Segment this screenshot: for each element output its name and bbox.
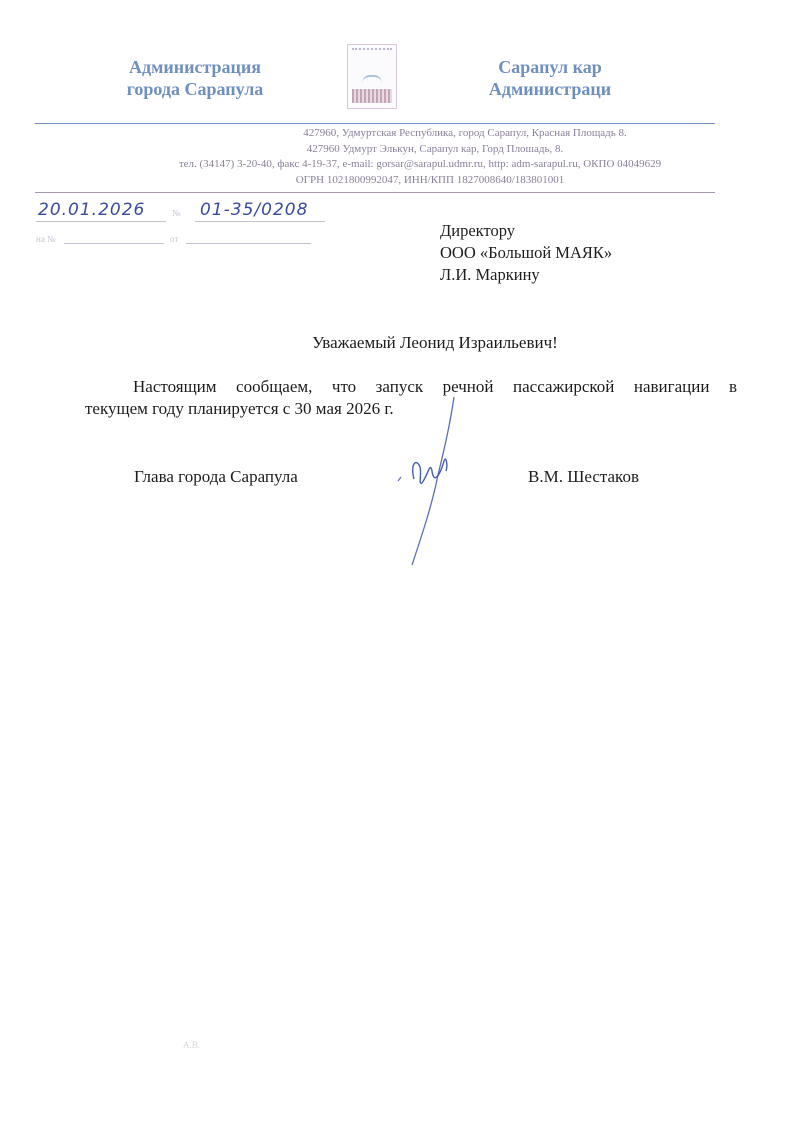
- reference-from-label: от: [170, 234, 178, 244]
- registration-number-label: №: [172, 208, 181, 218]
- registration-number: 01-35/0208: [200, 200, 308, 220]
- recipient-name: Л.И. Маркину: [440, 264, 612, 286]
- signatory-position: Глава города Сарапула: [134, 467, 298, 487]
- address-line-1: 427960, Удмуртская Республика, город Сар…: [0, 126, 800, 142]
- letterhead-bottom-rule: [35, 192, 715, 193]
- address-line-3: тел. (34147) 3-20-40, факс 4-19-37, e-ma…: [0, 157, 800, 173]
- letterhead-left-line2: города Сарапула: [95, 78, 295, 100]
- reference-number-line: [64, 243, 164, 244]
- address-line-2: 427960 Удмурт Элькун, Сарапул кар, Горд …: [0, 142, 800, 158]
- executor-initials: А.В.: [183, 1040, 200, 1050]
- letterhead-address: 427960, Удмуртская Республика, город Сар…: [0, 126, 800, 188]
- letterhead-right-line1: Сарапул кар: [455, 56, 645, 78]
- handwritten-signature-icon: [392, 395, 462, 570]
- letterhead-left-line1: Администрация: [95, 56, 295, 78]
- address-line-4: ОГРН 1021800992047, ИНН/КПП 1827008640/1…: [0, 173, 800, 189]
- registration-date: 20.01.2026: [38, 200, 145, 220]
- recipient-block: Директору ООО «Большой МАЯК» Л.И. Маркин…: [440, 220, 612, 286]
- reference-number-label: на №: [36, 234, 56, 244]
- recipient-organization: ООО «Большой МАЯК»: [440, 242, 612, 264]
- number-underline: [195, 221, 325, 222]
- letterhead-top-rule: [35, 123, 715, 124]
- letterhead-left-title: Администрация города Сарапула: [95, 56, 295, 100]
- reference-date-line: [186, 243, 311, 244]
- date-underline: [36, 221, 166, 222]
- letterhead-right-line2: Администраци: [455, 78, 645, 100]
- recipient-position: Директору: [440, 220, 612, 242]
- salutation: Уважаемый Леонид Израильевич!: [0, 332, 800, 354]
- city-coat-of-arms-icon: [347, 44, 397, 109]
- signatory-name: В.М. Шестаков: [528, 467, 639, 487]
- letterhead-right-title: Сарапул кар Администраци: [455, 56, 645, 100]
